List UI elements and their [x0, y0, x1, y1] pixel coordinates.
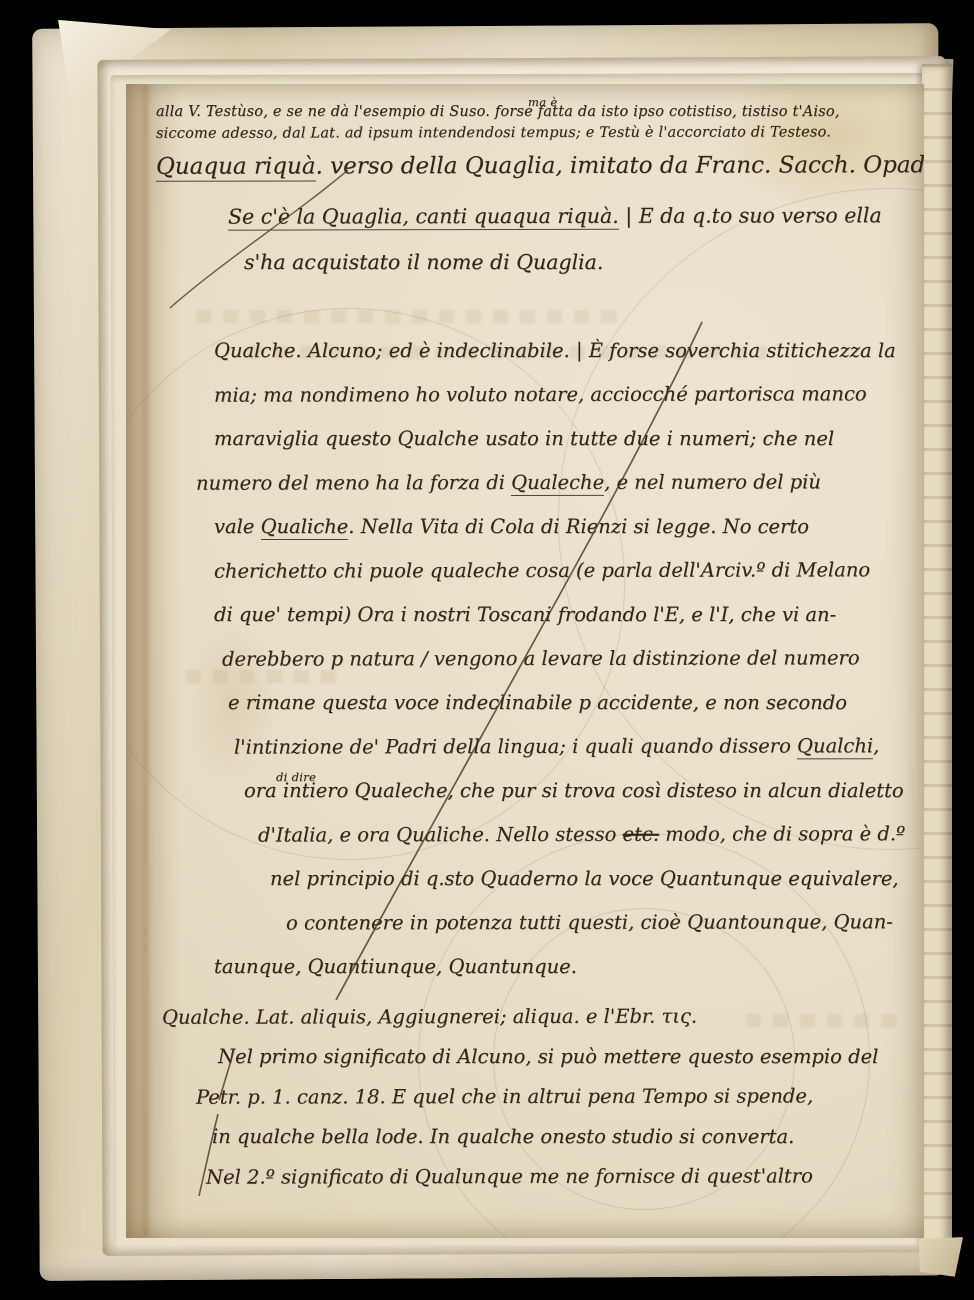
manuscript-text-segment: Petr. p. 1. canz. 18. E quel che in altr… [196, 1084, 813, 1108]
manuscript-line: Qualche. Alcuno; ed è indeclinabile. | È… [156, 329, 900, 373]
entry-qualche-second: Qualche. Lat. aliquis, Aggiugnerei; aliq… [156, 997, 900, 1197]
manuscript-line: cherichetto chi puole qualeche cosa (e p… [156, 548, 900, 594]
manuscript-line: l'intinzione de' Padri della lingua; i q… [156, 724, 900, 770]
manuscript-text-segment: numero del meno ha la forza di [196, 471, 511, 495]
manuscript-text-segment: alla V. Testùso, e se ne dà l'esempio di… [156, 104, 840, 120]
manuscript-text-segment: cherichetto chi puole qualeche cosa (e p… [214, 558, 870, 582]
manuscript-text-segment: taunque, Quantiunque, Quantunque. [214, 955, 577, 978]
manuscript-line: d'Italia, e ora Qualiche. Nello stesso e… [156, 812, 900, 858]
manuscript-line: mia; ma nondimeno ho voluto notare, acci… [156, 372, 900, 418]
manuscript-line: derebbero p natura / vengono a levare la… [156, 636, 900, 682]
entry-qualche-paragraph: di dire Qualche. Alcuno; ed è indeclinab… [156, 329, 900, 989]
manuscript-text-segment: Qualeche [511, 471, 604, 496]
manuscript-line: ora intiero Qualeche, che pur si trova c… [156, 769, 900, 813]
manuscript-line: Qualche. Lat. aliquis, Aggiugnerei; aliq… [156, 996, 900, 1038]
manuscript-text-segment: vale [214, 515, 261, 538]
facing-page-edge [922, 64, 952, 1246]
manuscript-line: Petr. p. 1. canz. 18. E quel che in altr… [156, 1076, 900, 1118]
manuscript-text-segment: nel principio di q.sto Quaderno la voce … [270, 867, 899, 890]
cover-corner-bottom-right [917, 1235, 963, 1277]
manuscript-line: s'ha acquistato il nome di Quaglia. [156, 239, 900, 285]
manuscript-line: maraviglia questo Qualche usato in tutte… [156, 417, 900, 461]
manuscript-text-segment: Se c'è la Quaglia, canti quaqua riquà. [228, 204, 619, 231]
manuscript-line: vale Qualiche. Nella Vita di Cola di Rie… [156, 505, 900, 549]
manuscript-line: nel principio di q.sto Quaderno la voce … [156, 857, 900, 901]
manuscript-text-segment: modo, che di sopra è d.º [659, 822, 905, 846]
manuscript-text-segment: Qualche. Alcuno; ed è indeclinabile. | È… [214, 339, 896, 362]
manuscript-text-segment: siccome adesso, dal Lat. ad ipsum intend… [156, 124, 831, 141]
manuscript-line: Nel 2.º significato di Qualunque me ne f… [156, 1156, 900, 1198]
manuscript-text-segment: s'ha acquistato il nome di Quaglia. [244, 250, 603, 274]
manuscript-text-segment: etc. [623, 823, 660, 846]
manuscript-text-segment: in qualche bella lode. In qualche onesto… [212, 1125, 794, 1148]
manuscript-text-segment: , [873, 734, 879, 757]
manuscript-text-segment: o contenere in potenza tutti questi, cio… [286, 910, 893, 934]
manuscript-line: Se c'è la Quaglia, canti quaqua riquà. |… [156, 192, 900, 240]
manuscript-line: Nel primo significato di Alcuno, si può … [156, 1037, 900, 1077]
manuscript-text-segment: derebbero p natura / vengono a levare la… [222, 646, 860, 670]
manuscript-line: o contenere in potenza tutti questi, cio… [156, 900, 900, 946]
manuscript-text-segment: e rimane questa voce indeclinabile p acc… [228, 691, 847, 714]
manuscript-line: di que' tempi) Ora i nostri Toscani frod… [156, 593, 900, 637]
interlinear-note: ma è [528, 92, 557, 113]
manuscript-text-segment: Qualiche [261, 515, 349, 540]
entry-gloss: ma è alla V. Testùso, e se ne dà l'esemp… [156, 102, 900, 144]
manuscript-line: e rimane questa voce indeclinabile p acc… [156, 681, 900, 725]
manuscript-page: ma è alla V. Testùso, e se ne dà l'esemp… [126, 84, 924, 1238]
manuscript-text-segment: Quaqua riquà [156, 153, 316, 181]
manuscript-text: ma è alla V. Testùso, e se ne dà l'esemp… [126, 84, 924, 1197]
manuscript-line: siccome adesso, dal Lat. ad ipsum intend… [156, 122, 900, 145]
manuscript-text-segment: ora intiero Qualeche, che pur si trova c… [244, 779, 904, 802]
manuscript-text-segment: | E da q.to suo verso ella [619, 203, 882, 228]
manuscript-text-segment: di que' tempi) Ora i nostri Toscani frod… [214, 603, 836, 626]
manuscript-text-segment: l'intinzione de' Padri della lingua; i q… [234, 734, 797, 758]
manuscript-text-segment: , e nel numero del più [604, 470, 821, 493]
manuscript-scan: ma è alla V. Testùso, e se ne dà l'esemp… [0, 0, 974, 1300]
manuscript-line: Quaqua riquà. verso della Quaglia, imita… [156, 148, 900, 184]
manuscript-text-segment: Qualchi [797, 734, 873, 759]
manuscript-text-segment: . verso della Quaglia, imitato da Franc.… [316, 152, 924, 179]
manuscript-text-segment: mia; ma nondimeno ho voluto notare, acci… [214, 382, 867, 406]
manuscript-text-segment: Qualche. Lat. aliquis, Aggiugnerei; aliq… [162, 1005, 697, 1029]
manuscript-text-segment: Nel 2.º significato di Qualunque me ne f… [206, 1164, 813, 1188]
manuscript-text-segment: maraviglia questo Qualche usato in tutte… [214, 427, 834, 450]
manuscript-text-segment: d'Italia, e ora Qualiche. Nello stesso [258, 823, 623, 847]
quotation-block: Se c'è la Quaglia, canti quaqua riquà. |… [156, 193, 900, 285]
manuscript-text-segment: . Nella Vita di Cola di Rienzi si legge.… [348, 515, 809, 538]
manuscript-line: in qualche bella lode. In qualche onesto… [156, 1117, 900, 1157]
manuscript-line: taunque, Quantiunque, Quantunque. [156, 945, 900, 989]
manuscript-text-segment: Nel primo significato di Alcuno, si può … [218, 1045, 878, 1068]
entry-quaqua-headword: Quaqua riquà. verso della Quaglia, imita… [156, 149, 900, 183]
manuscript-line: numero del meno ha la forza di Qualeche,… [156, 460, 900, 506]
